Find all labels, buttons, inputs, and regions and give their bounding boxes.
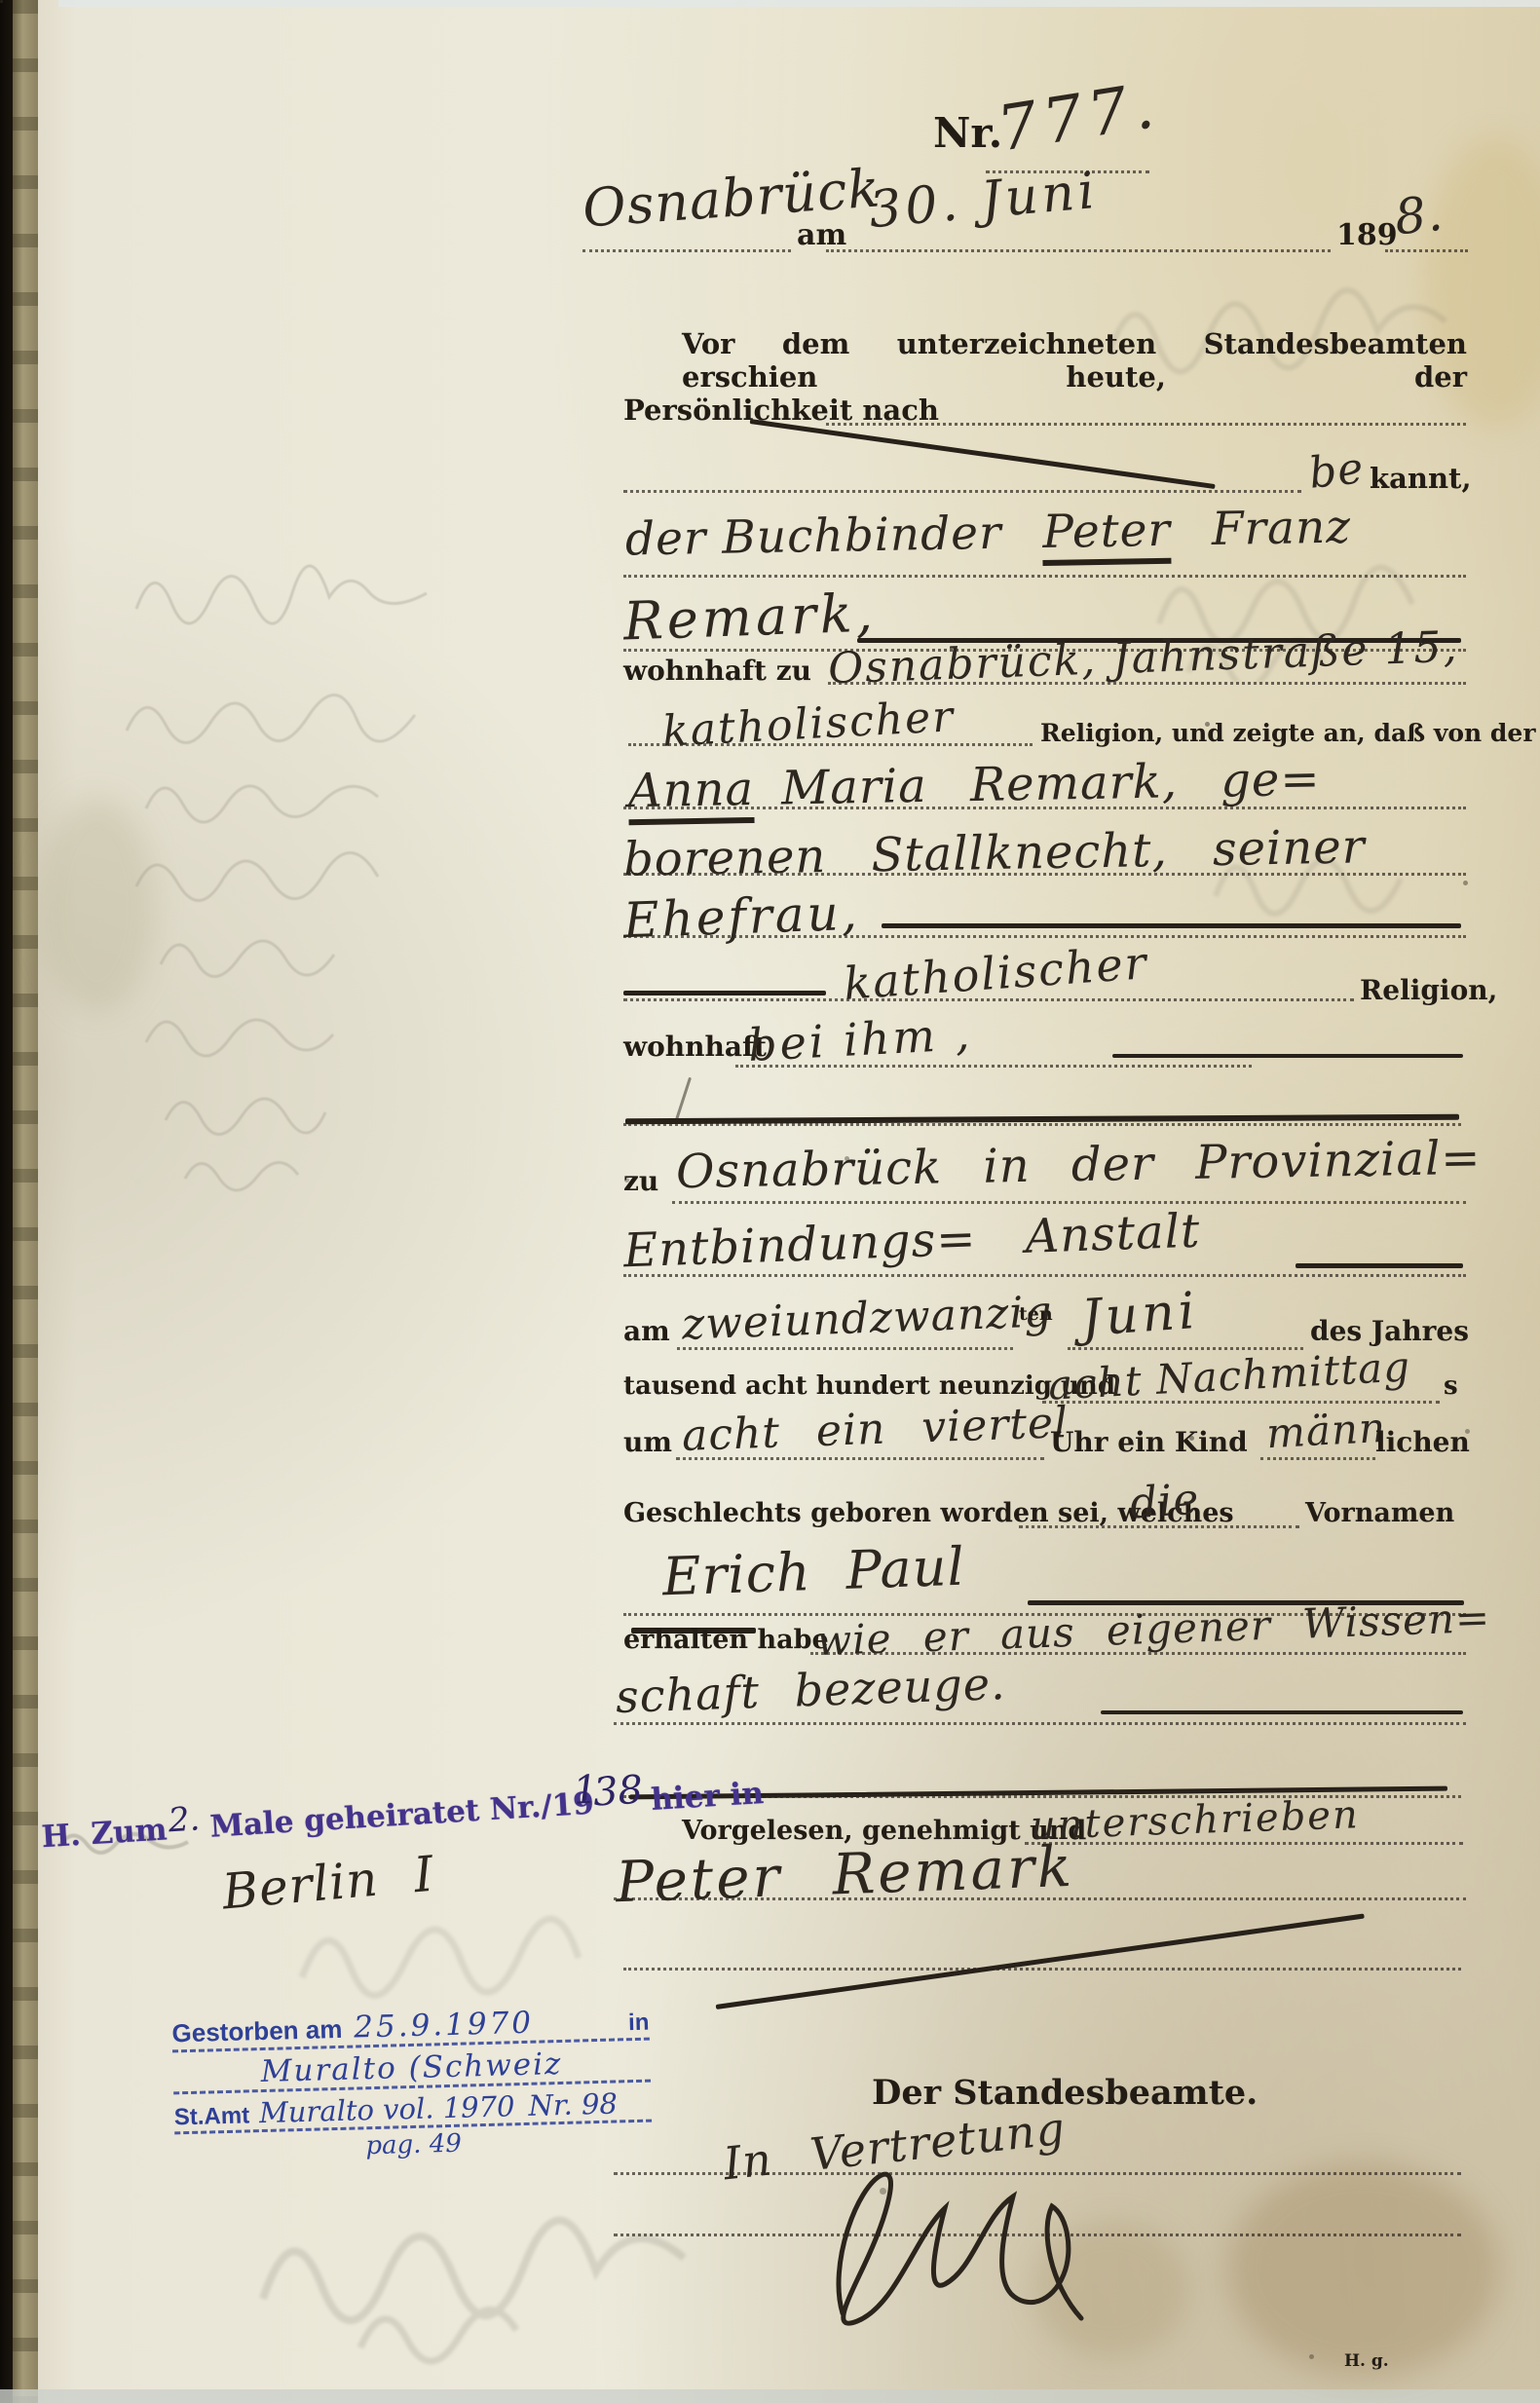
marriage-stamp: H. Zum 2. Male geheiratet Nr. 1 /19 38 h… — [40, 1777, 626, 1858]
page-top-edge — [58, 0, 1540, 7]
birthyear-printed: tausend acht hundert neunzig und — [623, 1371, 1115, 1401]
birthdate-month: Juni — [1079, 1282, 1200, 1348]
marriage-stamp-year-hw: 38 — [592, 1768, 645, 1816]
dotted-rule — [623, 1274, 1466, 1277]
declarant-line-1: der Buchbinder Peter Franz — [625, 501, 1352, 574]
vornamen-printed: Vornamen — [1305, 1498, 1454, 1528]
pencil-slash-mark — [675, 1077, 692, 1121]
unterschrieben-hw: unterschrieben — [1030, 1792, 1360, 1849]
dotted-rule — [810, 1652, 1466, 1655]
registrar-heading: Der Standesbeamte. — [872, 2073, 1258, 2113]
bekannt-printed: kannt, — [1370, 462, 1472, 495]
gender-hw: männ — [1265, 1404, 1387, 1457]
birthtime-um-label: um — [623, 1426, 672, 1458]
record-number-row: Nr. — [933, 109, 1002, 157]
residence2-value: bei ihm , — [747, 1007, 974, 1071]
death-stamp: Gestorben am 25.9.1970 in Muralto (Schwe… — [171, 2003, 653, 2166]
birthdate-jahres: des Jahres — [1310, 1315, 1469, 1347]
pencil-marginalia — [127, 541, 497, 648]
dotted-rule — [623, 490, 1301, 493]
mother-line-3: Ehefrau, — [622, 884, 860, 949]
religion2-printed: Religion, — [1360, 974, 1497, 1006]
blank-filler-stroke — [1112, 1054, 1463, 1058]
dotted-rule — [1025, 1842, 1463, 1845]
blank-filler-stroke — [882, 923, 1461, 928]
dotted-rule — [826, 423, 1466, 426]
dotted-rule — [828, 682, 1466, 685]
blank-filler-stroke — [1101, 1710, 1463, 1714]
mother-first-name: Anna — [628, 762, 755, 825]
ink-specks — [0, 0, 3, 3]
book-binding-edge — [13, 0, 38, 2403]
wissen-hw-2: schaft bezeuge. — [615, 1657, 1006, 1723]
birthtime-hw: acht ein viertel — [681, 1398, 1070, 1461]
residence2-label: wohnhaft — [623, 1031, 767, 1063]
blank-filler-stroke — [1296, 1263, 1463, 1268]
dotted-rule — [677, 1347, 1013, 1350]
birthtime-uhr: Uhr ein Kind — [1050, 1426, 1248, 1458]
child-names: Erich Paul — [661, 1536, 966, 1608]
birthyear-hw: acht Nachmittag — [1047, 1342, 1411, 1408]
cancellation-stroke — [750, 419, 1216, 489]
nr-label: Nr. — [933, 109, 1002, 157]
dotted-rule — [676, 1457, 1044, 1460]
dotted-rule — [826, 249, 1331, 252]
mother-line-1: Anna Maria Remark, ge= — [628, 752, 1322, 825]
blank-filler-stroke — [623, 991, 826, 995]
declarant-line-2: Remark, — [622, 582, 878, 652]
dotted-rule — [672, 1201, 1466, 1204]
marriage-stamp-prefix: H. Zum — [41, 1812, 169, 1855]
year-printed-header: 189 — [1336, 218, 1398, 252]
dotted-rule — [614, 1722, 1466, 1725]
dotted-rule — [623, 873, 1466, 876]
dotted-rule — [1019, 1525, 1299, 1528]
record-number-value: 777. — [993, 69, 1164, 166]
gender-printed: lichen — [1375, 1426, 1470, 1458]
date-header: 30. Juni — [867, 162, 1101, 240]
birthdate-am-label: am — [623, 1315, 670, 1347]
dotted-rule — [614, 1897, 1466, 1900]
birthplace-line-1: Osnabrück in der Provinzial= — [676, 1131, 1482, 1199]
dotted-rule — [623, 935, 1466, 938]
dotted-rule — [623, 1968, 1461, 1971]
declarant-first-name: Peter — [1042, 504, 1172, 566]
page-bottom-edge — [0, 2389, 1540, 2403]
birthdate-day: zweiundzwanzig — [681, 1287, 1053, 1349]
intro-line-2: Persönlichkeit nach — [623, 394, 939, 427]
paper-stain — [1227, 2162, 1500, 2377]
dotted-rule — [628, 743, 1033, 746]
intro-line-1: Vor dem unterzeichneten Standesbeamten e… — [682, 327, 1467, 394]
bekannt-hw: be — [1306, 443, 1366, 499]
religion1-hw: katholischer — [661, 692, 956, 757]
ink-bleedthrough — [244, 2172, 750, 2367]
birthplace-label: zu — [623, 1165, 658, 1197]
erhalten-printed: erhalten habe — [623, 1625, 829, 1655]
marriage-stamp-suffix: hier in — [650, 1776, 764, 1818]
cancellation-stroke — [716, 1914, 1365, 2009]
dotted-rule — [1385, 249, 1468, 252]
religion1-printed: Religion, und zeigte an, daß von der — [1040, 719, 1535, 747]
form-footer-mark: H. g. — [1344, 2351, 1389, 2371]
am-label-header: am — [797, 218, 846, 252]
child-first-name: Erich — [661, 1541, 812, 1607]
year-hw-header: 8. — [1392, 185, 1446, 246]
registrar-signature — [789, 2158, 1130, 2343]
birthdate-day-suffix: ten — [1019, 1303, 1053, 1325]
dotted-rule — [623, 807, 1466, 809]
marriage-stamp-count: 2. — [168, 1799, 202, 1840]
child-middle-name: Paul — [845, 1536, 965, 1601]
birth-register-page: Nr. 777. Osnabrück am 30. Juni 189 8. Vo… — [0, 0, 1540, 2403]
dotted-rule — [623, 575, 1466, 578]
residence-label: wohnhaft zu — [623, 655, 811, 687]
dotted-rule — [623, 998, 1354, 1001]
book-gutter — [0, 0, 13, 2403]
dotted-rule — [735, 1065, 1252, 1068]
dotted-rule — [1260, 1457, 1375, 1460]
marriage-stamp-mid: Male geheiratet Nr. — [209, 1789, 543, 1845]
die-hw: die — [1128, 1475, 1201, 1529]
dotted-rule — [582, 249, 791, 252]
birthyear-s: s — [1444, 1371, 1458, 1401]
birthplace-line-2: Entbindungs= Anstalt — [622, 1204, 1201, 1279]
pencil-marginalia — [107, 672, 555, 1218]
